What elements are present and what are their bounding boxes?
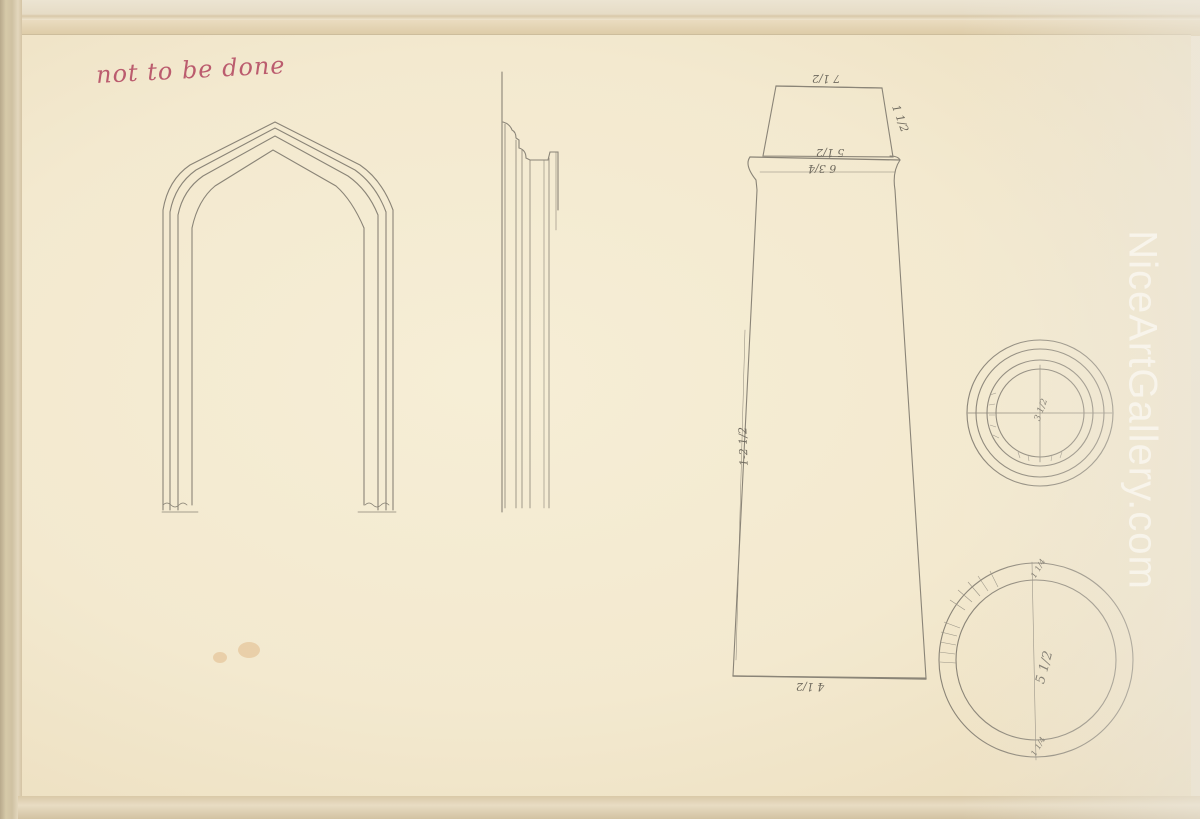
moulding-profile-drawing: [502, 72, 558, 512]
arch-doorway-drawing: [162, 122, 396, 512]
watermark: NiceArtGallery.com: [1112, 210, 1172, 610]
dimension-label: 1-2 1/2: [736, 427, 750, 466]
pencil-drawings: [0, 0, 1200, 819]
dimension-label: 5 1/2: [816, 146, 844, 159]
dimension-label: 4 1/2: [796, 680, 824, 693]
dimension-label: 6 3/4: [808, 162, 836, 175]
dimension-label: 7 1/2: [812, 72, 840, 85]
sketchbook-scan: not to be done 7 1/2 1 1/2 5 1/2 6 3/4 1…: [0, 0, 1200, 819]
large-circle-plan-drawing: [939, 562, 1133, 760]
watermark-text: NiceArtGallery.com: [1120, 230, 1165, 590]
